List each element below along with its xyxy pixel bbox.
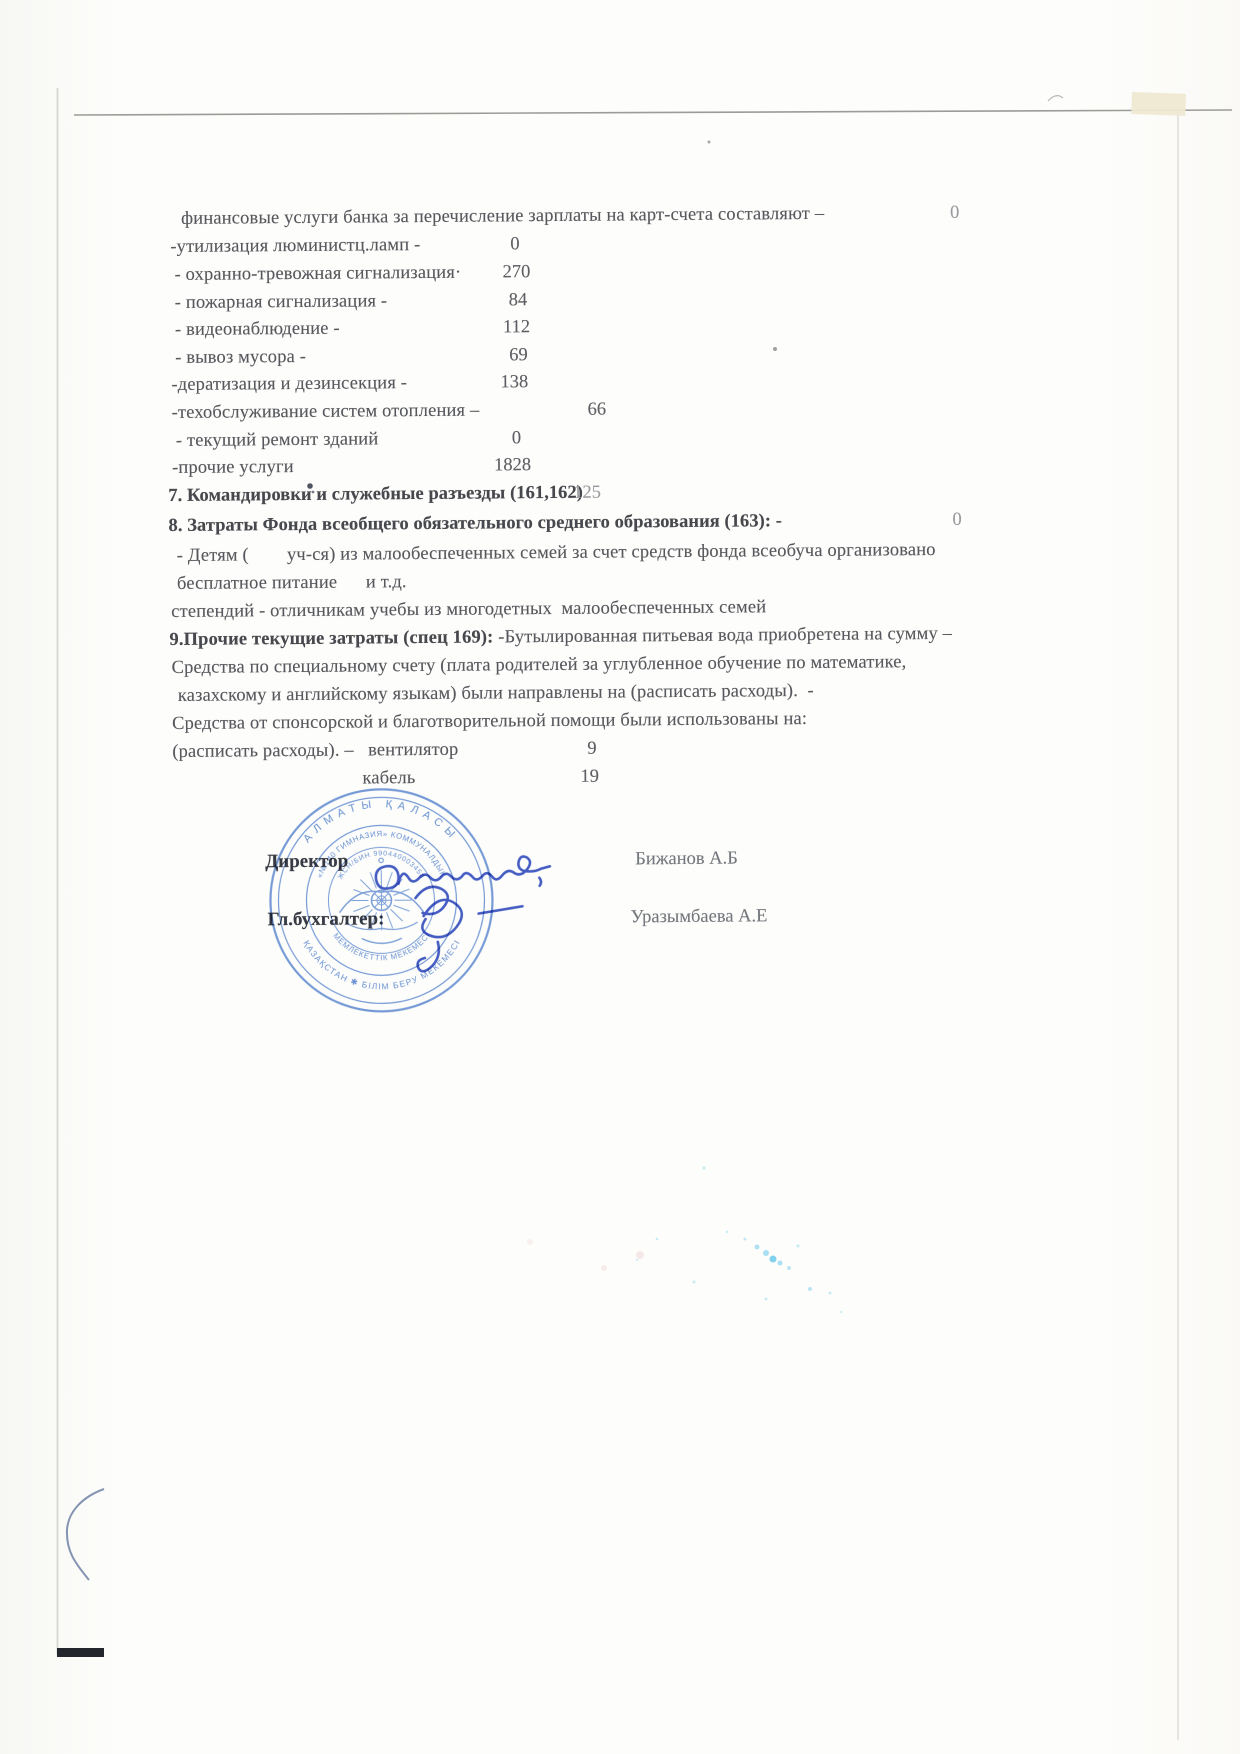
handwritten-signatures — [0, 0, 1240, 1754]
accountant-signature — [415, 886, 523, 971]
document-content: финансовые услуги банка за перечисление … — [0, 0, 1240, 1754]
director-signature — [375, 855, 550, 892]
scanned-page: финансовые услуги банка за перечисление … — [0, 0, 1240, 1754]
